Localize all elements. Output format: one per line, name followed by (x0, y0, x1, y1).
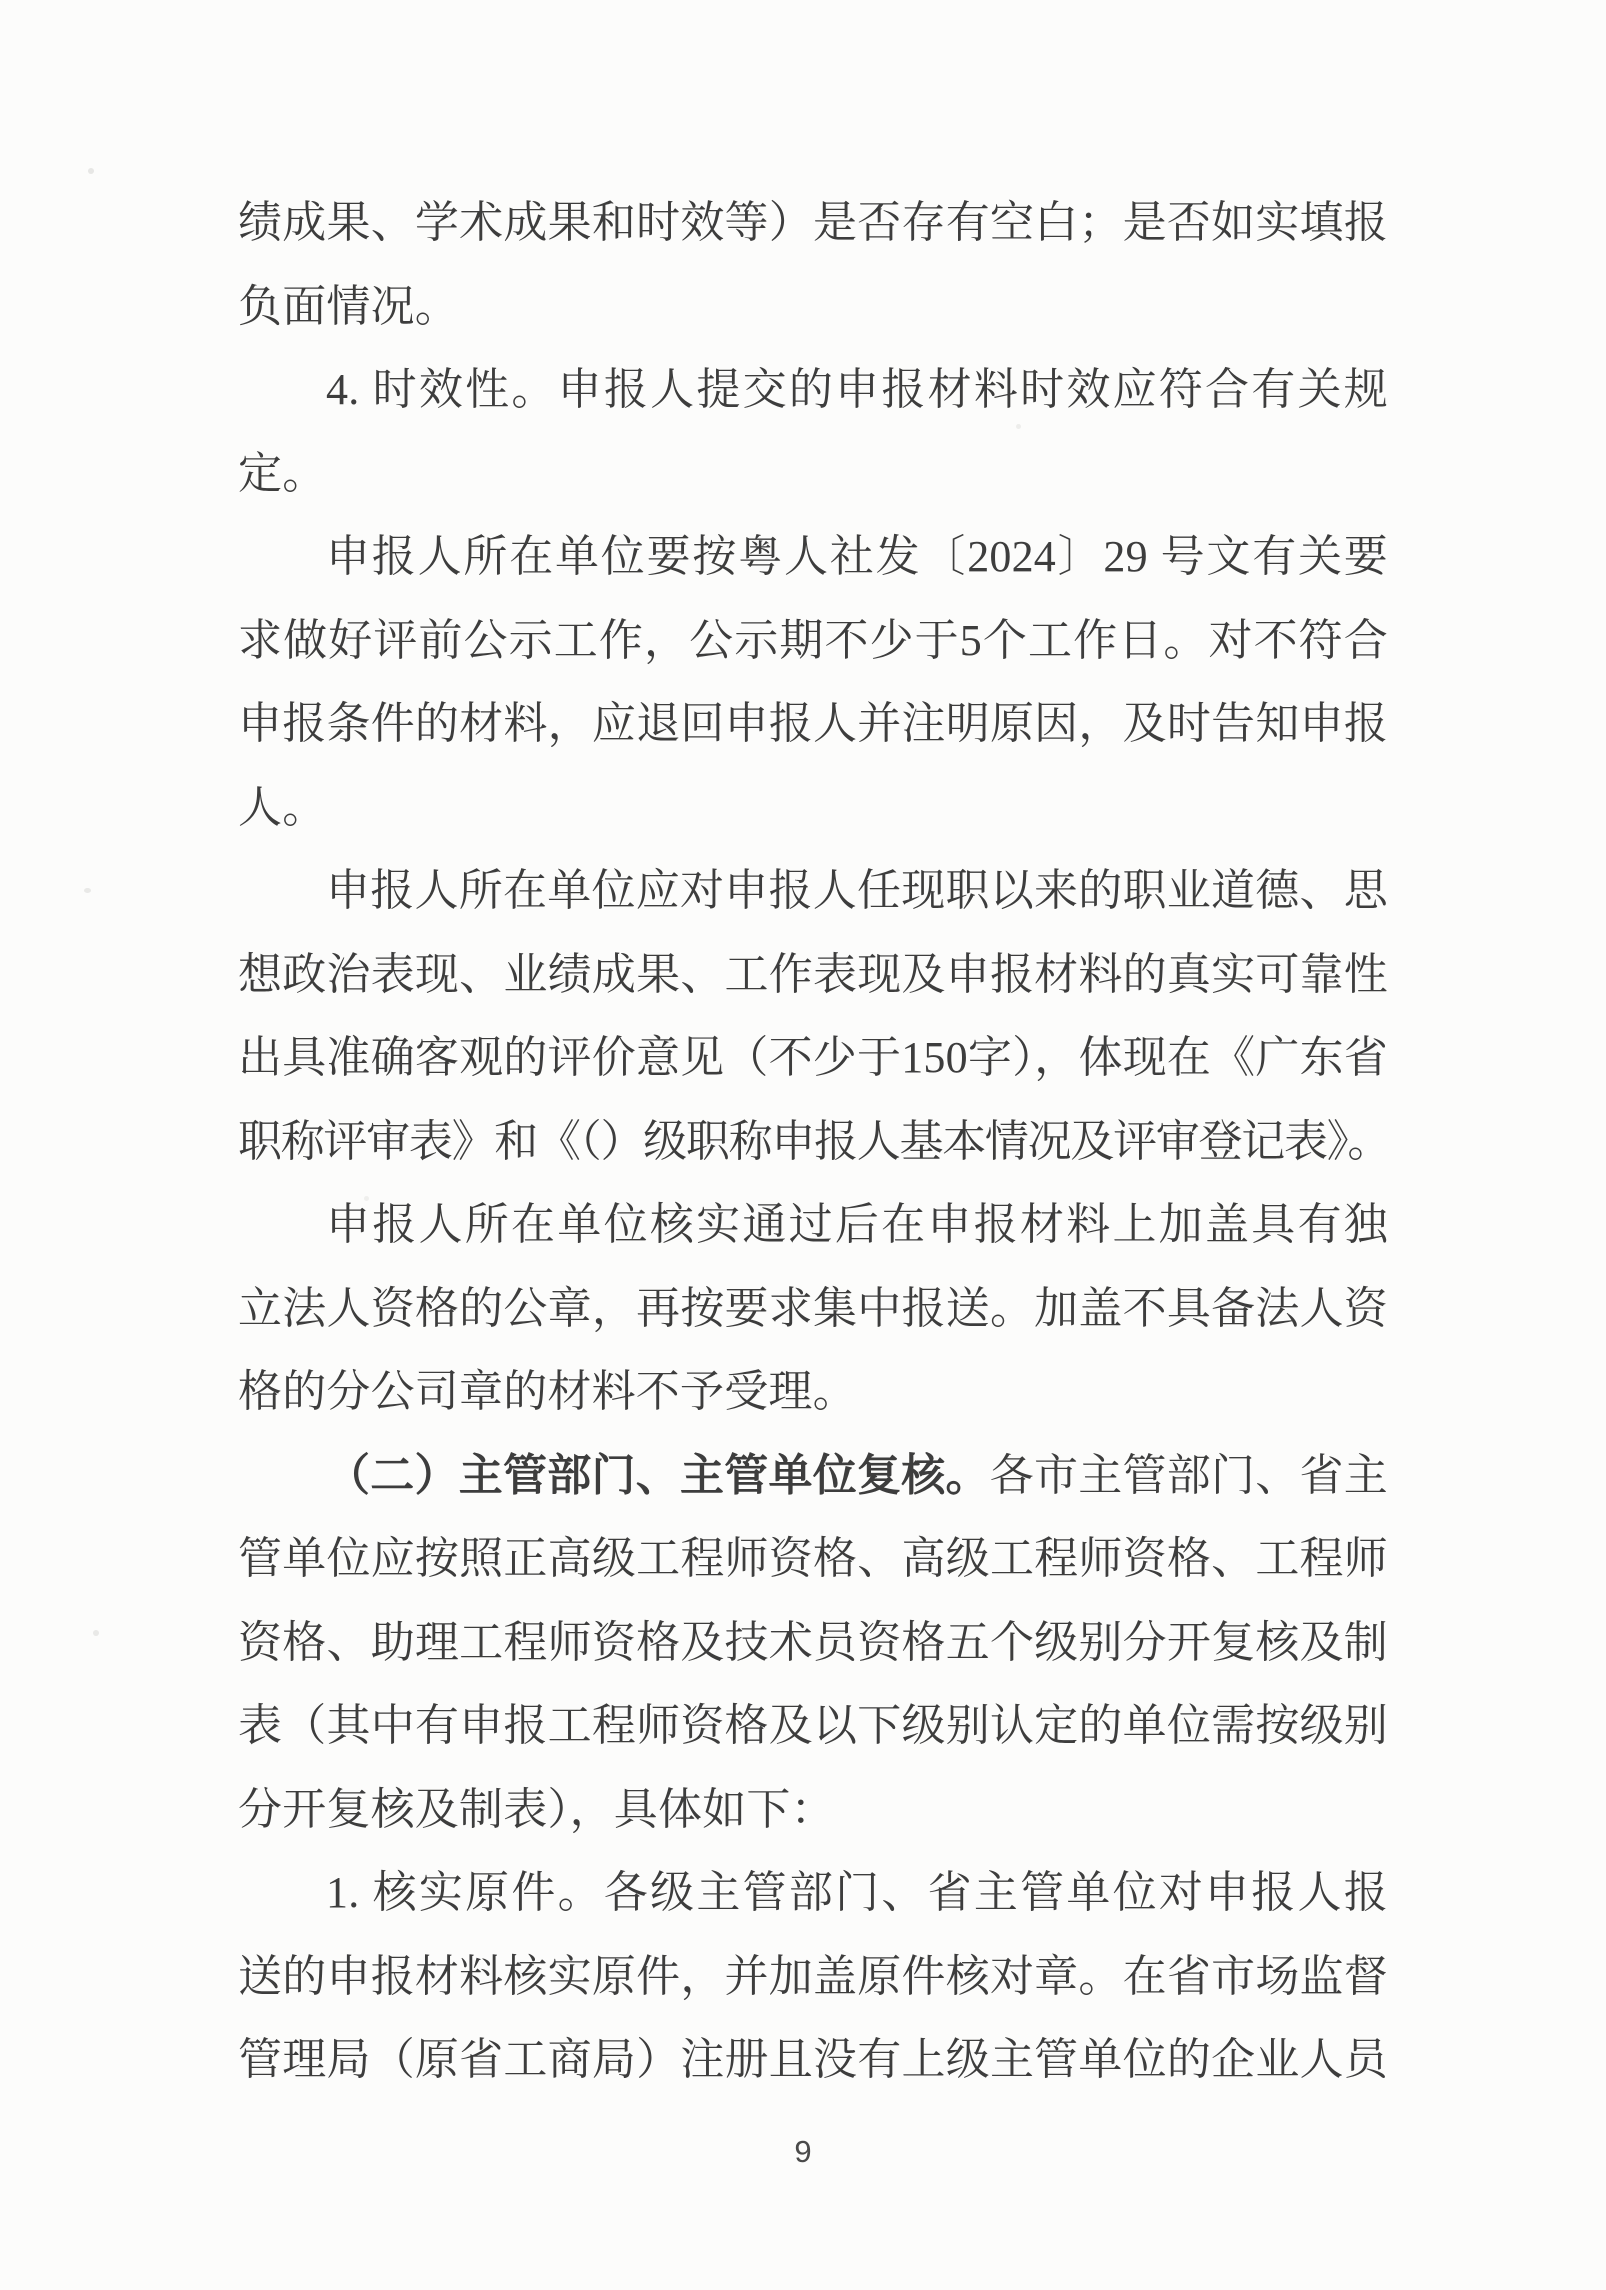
text-line: （二）主管部门、主管单位复核。各市主管部门、省主 (238, 1434, 1388, 1518)
text-line: 绩成果、学术成果和时效等）是否存有空白；是否如实填报 (238, 181, 1388, 265)
scan-artifact (88, 168, 94, 174)
text-line: 定。 (238, 432, 1388, 516)
text-line: 格的分公司章的材料不予受理。 (238, 1350, 1388, 1434)
page-number: 9 (0, 2134, 1606, 2170)
document-body: 绩成果、学术成果和时效等）是否存有空白；是否如实填报 负面情况。 4. 时效性。… (238, 181, 1388, 2102)
scan-artifact (84, 888, 91, 893)
text-line: 申报人所在单位要按粤人社发〔2024〕29 号文有关要 (238, 515, 1388, 599)
scan-artifact (93, 1630, 99, 1636)
text-line: 负面情况。 (238, 265, 1388, 349)
text-line: 4. 时效性。申报人提交的申报材料时效应符合有关规 (238, 348, 1388, 432)
text-line: 申报人所在单位核实通过后在申报材料上加盖具有独 (238, 1183, 1388, 1267)
document-page: 绩成果、学术成果和时效等）是否存有空白；是否如实填报 负面情况。 4. 时效性。… (0, 0, 1606, 2290)
text-line: 职称评审表》和《（）级职称申报人基本情况及评审登记表》。 (238, 1100, 1388, 1184)
text-line: 出具准确客观的评价意见（不少于150字），体现在《广东省 (238, 1016, 1388, 1100)
text-line: 资格、助理工程师资格及技术员资格五个级别分开复核及制 (238, 1601, 1388, 1685)
text-line: 分开复核及制表），具体如下： (238, 1768, 1388, 1852)
text-line: 申报人所在单位应对申报人任现职以来的职业道德、思 (238, 849, 1388, 933)
text-line: 管理局（原省工商局）注册且没有上级主管单位的企业人员 (238, 2018, 1388, 2102)
text-line: 管单位应按照正高级工程师资格、高级工程师资格、工程师 (238, 1517, 1388, 1601)
text-line: 送的申报材料核实原件，并加盖原件核对章。在省市场监督 (238, 1935, 1388, 2019)
text-line: 1. 核实原件。各级主管部门、省主管单位对申报人报 (238, 1851, 1388, 1935)
text-line: 立法人资格的公章，再按要求集中报送。加盖不具备法人资 (238, 1267, 1388, 1351)
text-line: 表（其中有申报工程师资格及以下级别认定的单位需按级别 (238, 1684, 1388, 1768)
text-line: 申报条件的材料，应退回申报人并注明原因，及时告知申报 (238, 682, 1388, 766)
text-line: 人。 (238, 766, 1388, 850)
text-line: 求做好评前公示工作，公示期不少于5个工作日。对不符合 (238, 599, 1388, 683)
section-heading: （二）主管部门、主管单位复核。 (326, 1451, 990, 1500)
text-line: 想政治表现、业绩成果、工作表现及申报材料的真实可靠性 (238, 933, 1388, 1017)
text-line-continuation: 各市主管部门、省主 (990, 1451, 1388, 1500)
